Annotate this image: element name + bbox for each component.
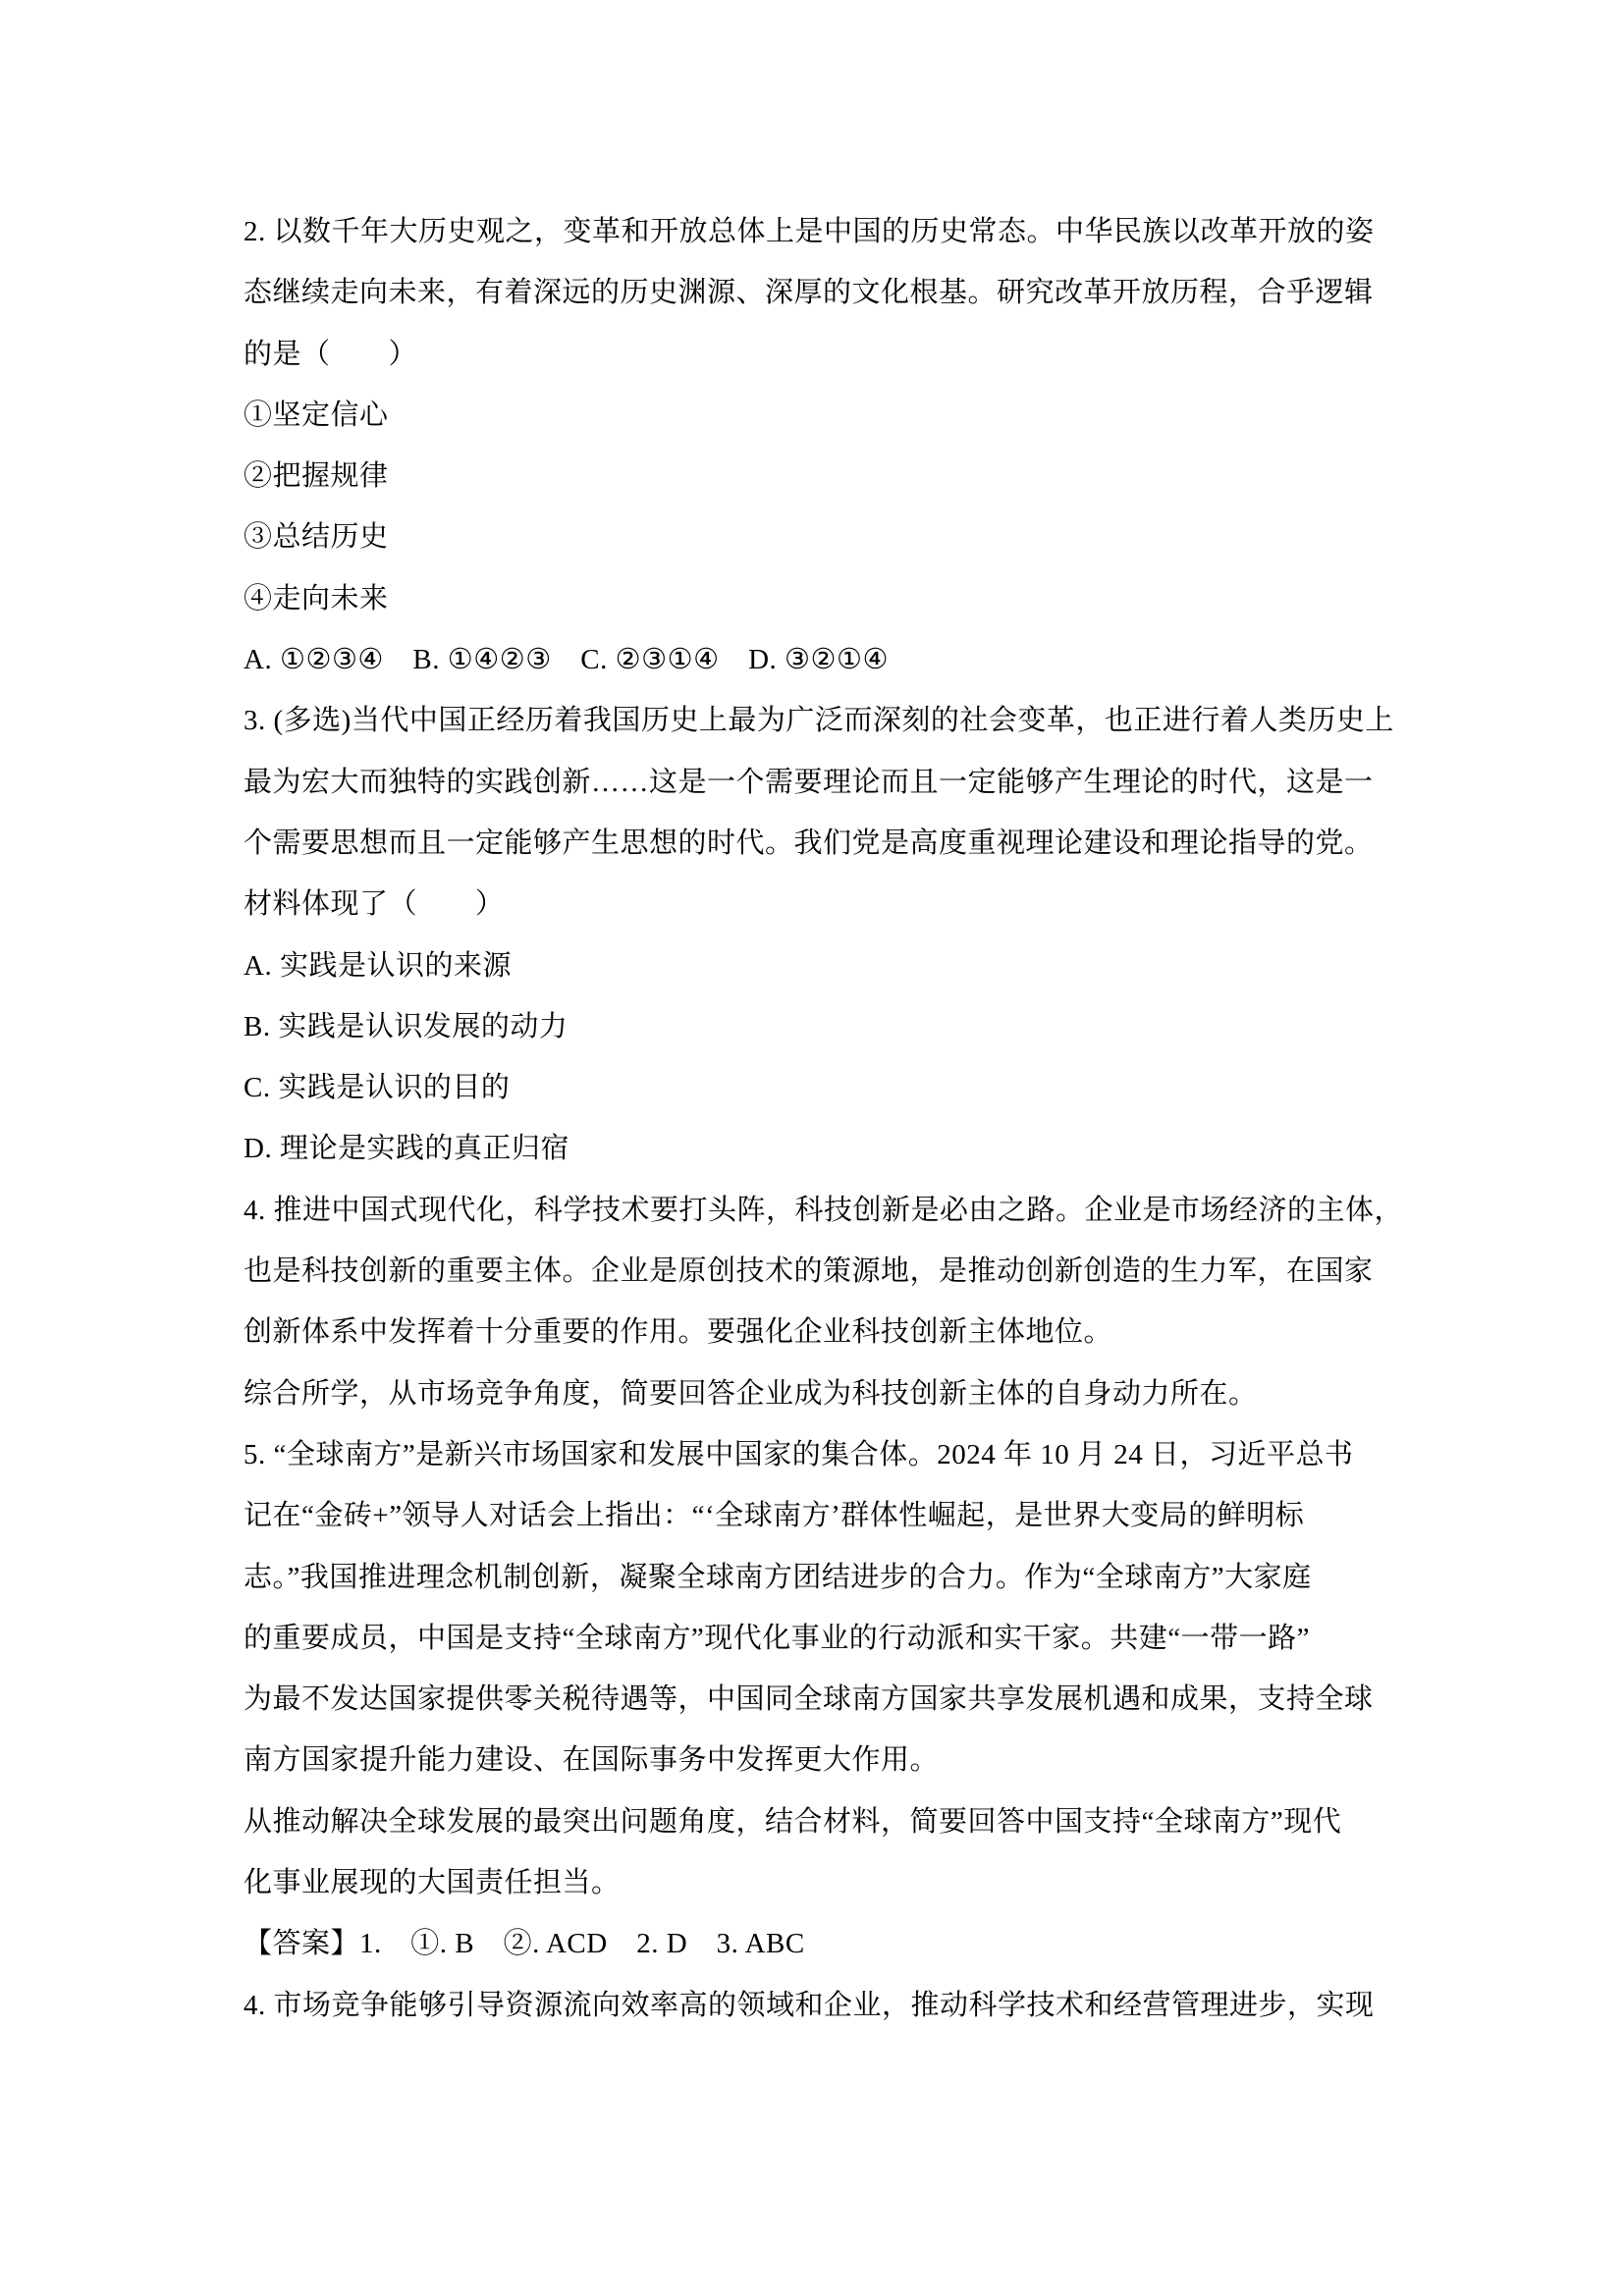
question3-line-3: 个需要思想而且一定能够产生思想的时代。我们党是高度重视理论建设和理论指导的党。: [244, 813, 1392, 874]
answers-section: 【答案】1. ①. B ②. ACD 2. D 3. ABC 4. 市场竞争能够…: [244, 1913, 1392, 2036]
question5-line-5: 为最不发达国家提供零关税待遇等，中国同全球南方国家共享发展机遇和成果，支持全球: [244, 1669, 1392, 1730]
question5-line-7: 从推动解决全球发展的最突出问题角度，结合材料，简要回答中国支持“全球南方”现代: [244, 1791, 1392, 1852]
question5-line-3: 志。”我国推进理念机制创新，凝聚全球南方团结进步的合力。作为“全球南方”大家庭: [244, 1547, 1392, 1608]
question2-options: A. ①②③④ B. ①④②③ C. ②③①④ D. ③②①④: [244, 629, 1392, 690]
question2-item-2: ②把握规律: [244, 446, 1392, 507]
question5-line-2: 记在“金砖+”领导人对话会上指出：“‘全球南方’群体性崛起，是世界大变局的鲜明标: [244, 1485, 1392, 1546]
question4-line-1: 4. 推进中国式现代化，科学技术要打头阵，科技创新是必由之路。企业是市场经济的主…: [244, 1180, 1392, 1241]
question5-line-1: 5. “全球南方”是新兴市场国家和发展中国家的集合体。2024 年 10 月 2…: [244, 1424, 1392, 1485]
answers-line-2: 4. 市场竞争能够引导资源流向效率高的领域和企业，推动科学技术和经营管理进步，实…: [244, 1975, 1392, 2036]
question3-line-4: 材料体现了（ ）: [244, 874, 1392, 934]
question2-item-1: ①坚定信心: [244, 385, 1392, 446]
question2-item-4: ④走向未来: [244, 568, 1392, 629]
question4-line-2: 也是科技创新的重要主体。企业是原创技术的策源地，是推动创新创造的生力军，在国家: [244, 1241, 1392, 1302]
question-4: 4. 推进中国式现代化，科学技术要打头阵，科技创新是必由之路。企业是市场经济的主…: [244, 1180, 1392, 1424]
question2-line-2: 态继续走向未来，有着深远的历史渊源、深厚的文化根基。研究改革开放历程，合乎逻辑: [244, 262, 1392, 323]
question-5: 5. “全球南方”是新兴市场国家和发展中国家的集合体。2024 年 10 月 2…: [244, 1424, 1392, 1913]
question4-line-3: 创新体系中发挥着十分重要的作用。要强化企业科技创新主体地位。: [244, 1302, 1392, 1362]
answers-line-1: 【答案】1. ①. B ②. ACD 2. D 3. ABC: [244, 1913, 1392, 1974]
question2-item-3: ③总结历史: [244, 507, 1392, 567]
question5-line-8: 化事业展现的大国责任担当。: [244, 1852, 1392, 1913]
question4-line-4: 综合所学，从市场竞争角度，简要回答企业成为科技创新主体的自身动力所在。: [244, 1363, 1392, 1424]
question2-line-1: 2. 以数千年大历史观之，变革和开放总体上是中国的历史常态。中华民族以改革开放的…: [244, 201, 1392, 262]
question5-line-4: 的重要成员，中国是支持“全球南方”现代化事业的行动派和实干家。共建“一带一路”: [244, 1608, 1392, 1669]
question3-line-2: 最为宏大而独特的实践创新……这是一个需要理论而且一定能够产生理论的时代，这是一: [244, 752, 1392, 813]
question-2: 2. 以数千年大历史观之，变革和开放总体上是中国的历史常态。中华民族以改革开放的…: [244, 201, 1392, 690]
question3-option-a: A. 实践是认识的来源: [244, 935, 1392, 996]
question3-option-d: D. 理论是实践的真正归宿: [244, 1118, 1392, 1179]
question5-line-6: 南方国家提升能力建设、在国际事务中发挥更大作用。: [244, 1730, 1392, 1790]
document-body: 2. 以数千年大历史观之，变革和开放总体上是中国的历史常态。中华民族以改革开放的…: [244, 201, 1392, 2036]
question3-option-c: C. 实践是认识的目的: [244, 1057, 1392, 1118]
question3-line-1: 3. (多选)当代中国正经历着我国历史上最为广泛而深刻的社会变革，也正进行着人类…: [244, 690, 1392, 751]
question3-option-b: B. 实践是认识发展的动力: [244, 996, 1392, 1057]
question-3: 3. (多选)当代中国正经历着我国历史上最为广泛而深刻的社会变革，也正进行着人类…: [244, 690, 1392, 1179]
document-page: 2. 以数千年大历史观之，变革和开放总体上是中国的历史常态。中华民族以改革开放的…: [0, 0, 1624, 2296]
question2-line-3: 的是（ ）: [244, 324, 1392, 385]
